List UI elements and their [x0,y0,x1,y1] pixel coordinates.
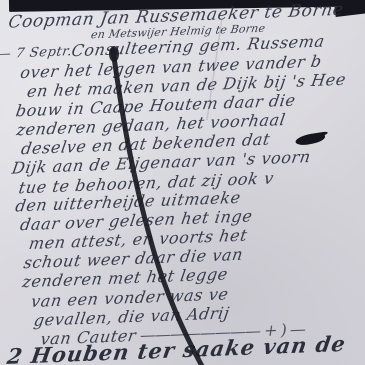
manuscript-photo: Coopman Jan Russemaeker te Borne en Mets… [0,0,365,365]
margin-date-note: — 7 Septr. [0,44,74,62]
manuscript-text: Coopman Jan Russemaeker te Borne en Mets… [0,0,365,365]
ink-blot-scribble [295,132,326,147]
